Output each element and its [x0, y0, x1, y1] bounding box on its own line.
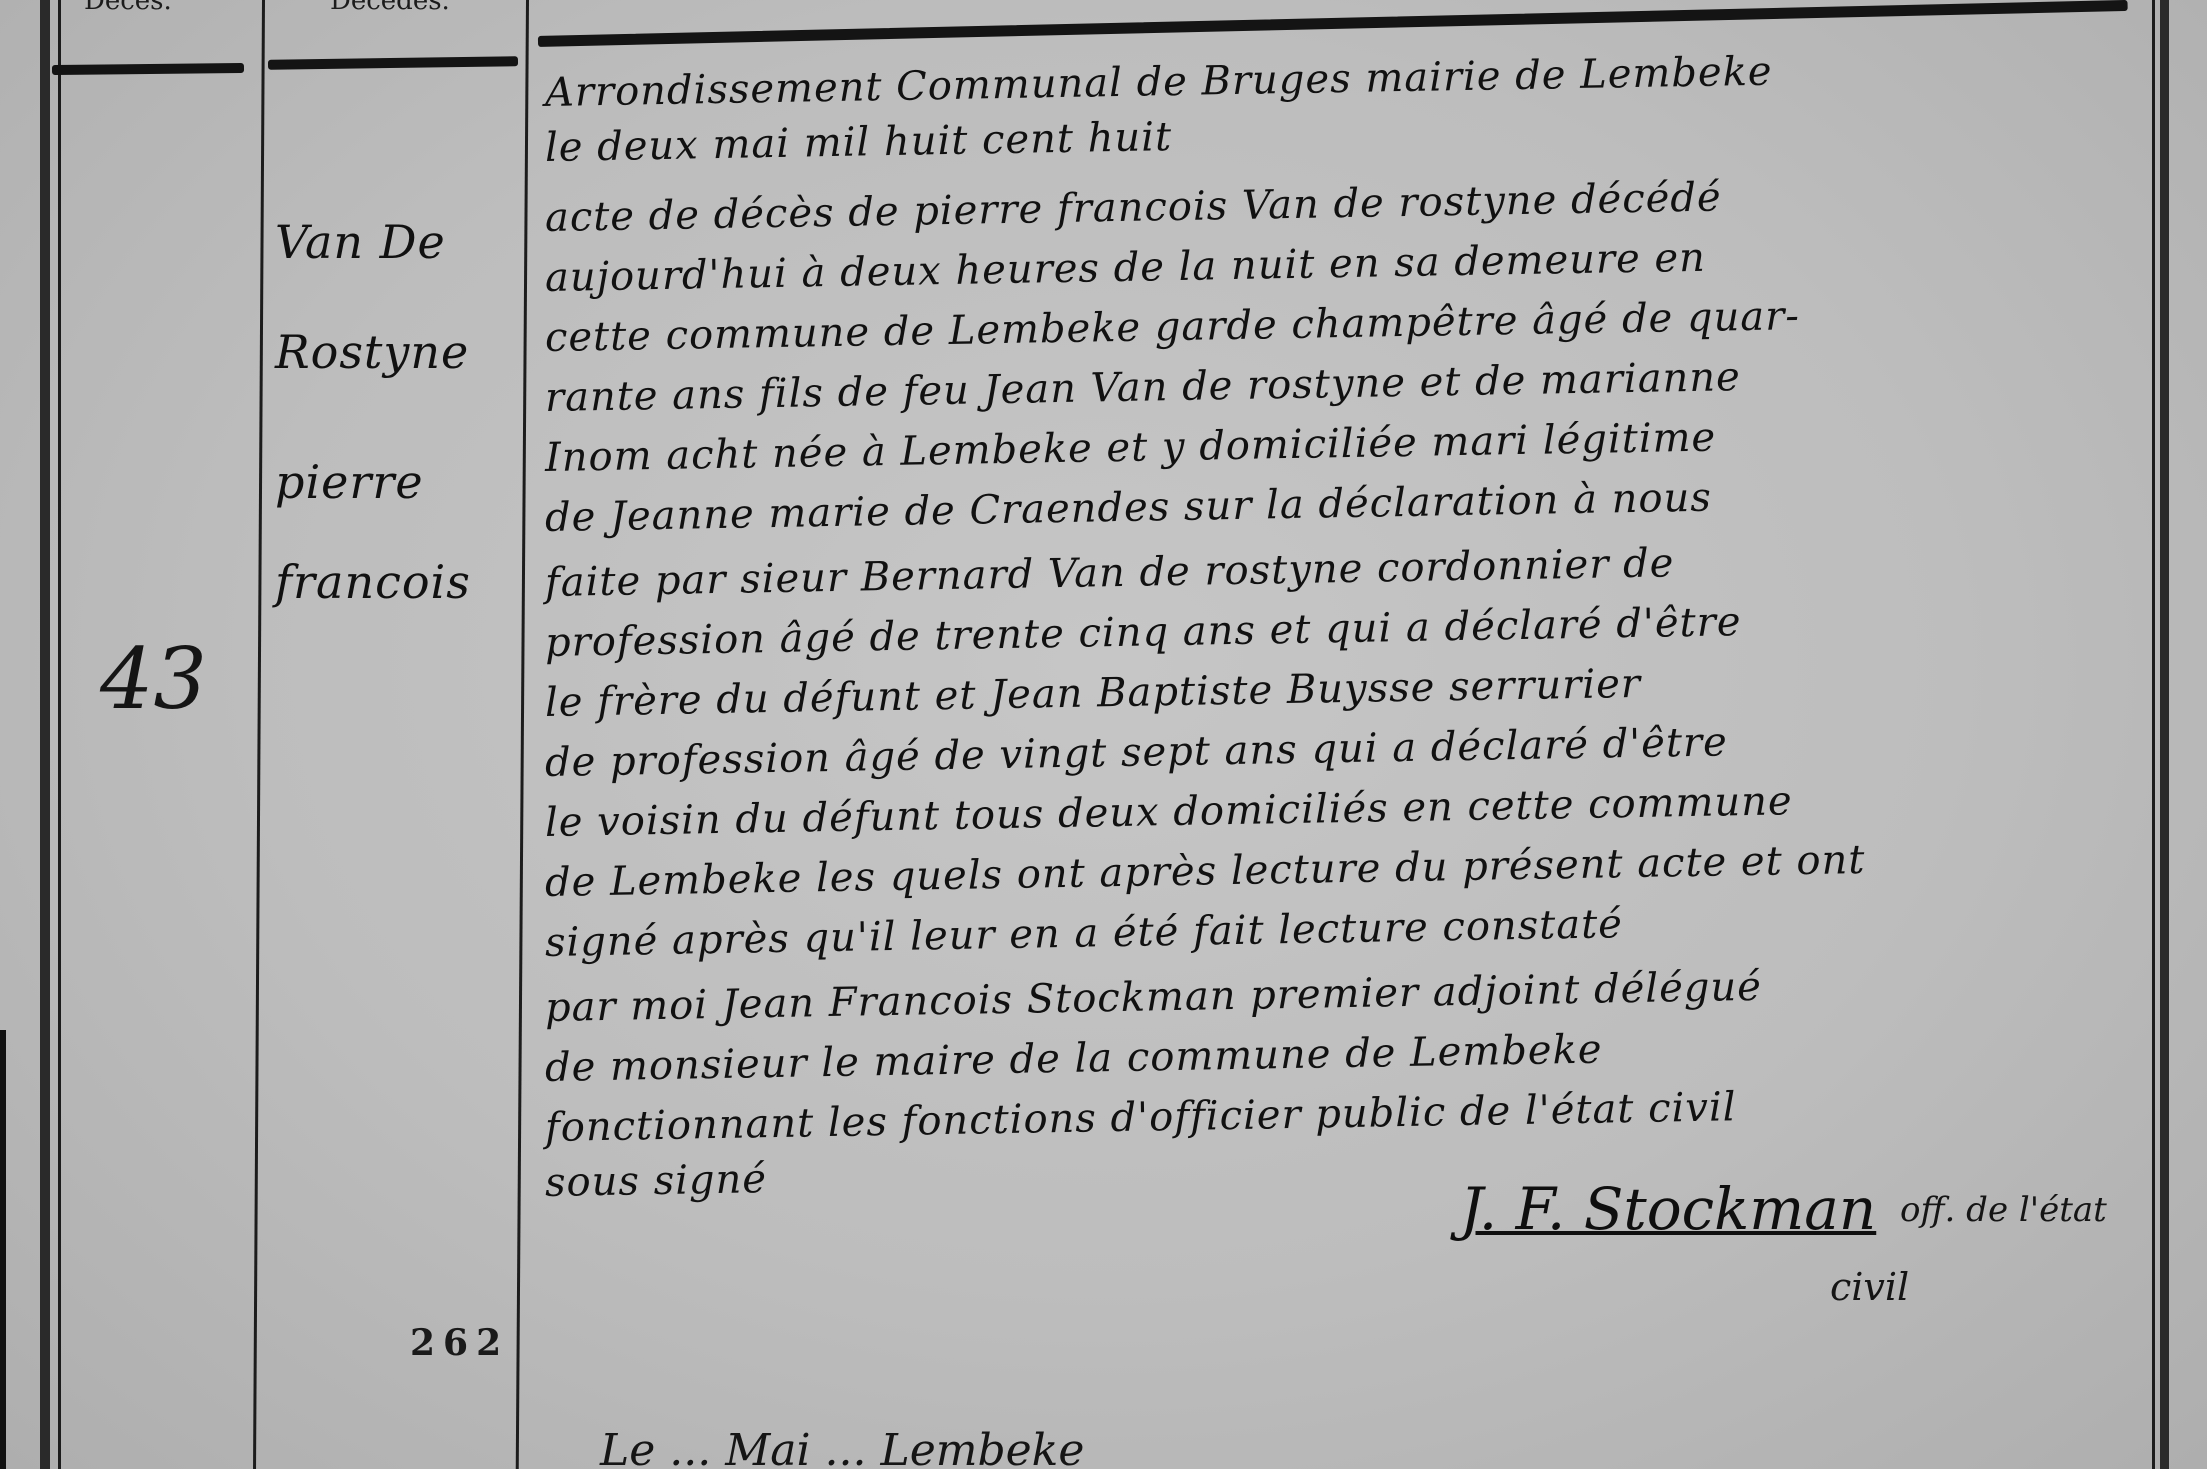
- act-text-line: le deux mai mil huit cent huit: [545, 114, 1173, 171]
- act-text-line: aujourd'hui à deux heures de la nuit en …: [545, 235, 1707, 301]
- act-text-line: signé après qu'il leur en a été fait lec…: [545, 901, 1624, 966]
- header-rule-3: [538, 0, 2128, 47]
- officer-signature: J. F. Stockman: [1460, 1175, 1876, 1243]
- right-border-thick: [2160, 0, 2169, 1469]
- deceased-name-line: pierre: [275, 455, 424, 509]
- act-text-line: faite par sieur Bernard Van de rostyne c…: [545, 540, 1675, 606]
- entry-number: 43: [100, 630, 207, 728]
- scan-edge: [0, 1030, 6, 1469]
- act-text-line: le frère du défunt et Jean Baptiste Buys…: [545, 661, 1642, 726]
- act-text-line: sous signé: [545, 1156, 768, 1206]
- act-text-line: par moi Jean Francois Stockman premier a…: [545, 964, 1763, 1031]
- act-text-line: rante ans fils de feu Jean Van de rostyn…: [545, 354, 1742, 421]
- officer-title-line-1: off. de l'état: [1900, 1190, 2107, 1230]
- act-text-line: fonctionnant les fonctions d'officier pu…: [545, 1084, 1737, 1151]
- officer-title-line-2: civil: [1830, 1265, 1909, 1309]
- column-divider-1: [253, 0, 265, 1469]
- column-divider-2: [516, 0, 529, 1469]
- column-header-deces: Décès.: [84, 0, 172, 16]
- act-text-line: de Jeanne marie de Craendes sur la décla…: [545, 475, 1713, 541]
- left-border-thin: [58, 0, 61, 1469]
- deceased-name-line: Van De: [275, 215, 446, 269]
- column-header-decedes: Décédés.: [330, 0, 450, 16]
- next-entry-fragment: Le ... Mai ... Lembeke: [600, 1425, 1084, 1469]
- act-text-line: Arrondissement Communal de Bruges mairie…: [545, 49, 1773, 116]
- left-border-thick: [40, 0, 50, 1469]
- act-text-line: de profession âgé de vingt sept ans qui …: [545, 719, 1729, 786]
- act-text-line: de Lembeke les quels ont après lecture d…: [545, 837, 1866, 906]
- act-text-line: cette commune de Lembeke garde champêtre…: [545, 293, 1801, 361]
- right-border-thin: [2152, 0, 2155, 1469]
- act-text-line: de monsieur le maire de la commune de Le…: [545, 1027, 1603, 1091]
- register-page: Décès. Décédés. 43 Van De Rostyne pierre…: [0, 0, 2207, 1469]
- act-text-line: Inom acht née à Lembeke et y domiciliée …: [545, 415, 1717, 481]
- act-text-line: acte de décès de pierre francois Van de …: [545, 174, 1722, 241]
- header-rule-1: [52, 63, 244, 75]
- header-rule-2: [268, 56, 518, 69]
- deceased-name-line: francois: [275, 555, 471, 609]
- page-number: 262: [410, 1322, 509, 1364]
- deceased-name-line: Rostyne: [275, 325, 469, 379]
- act-text-line: le voisin du défunt tous deux domiciliés…: [545, 778, 1793, 846]
- act-text-line: profession âgé de trente cinq ans et qui…: [545, 599, 1742, 666]
